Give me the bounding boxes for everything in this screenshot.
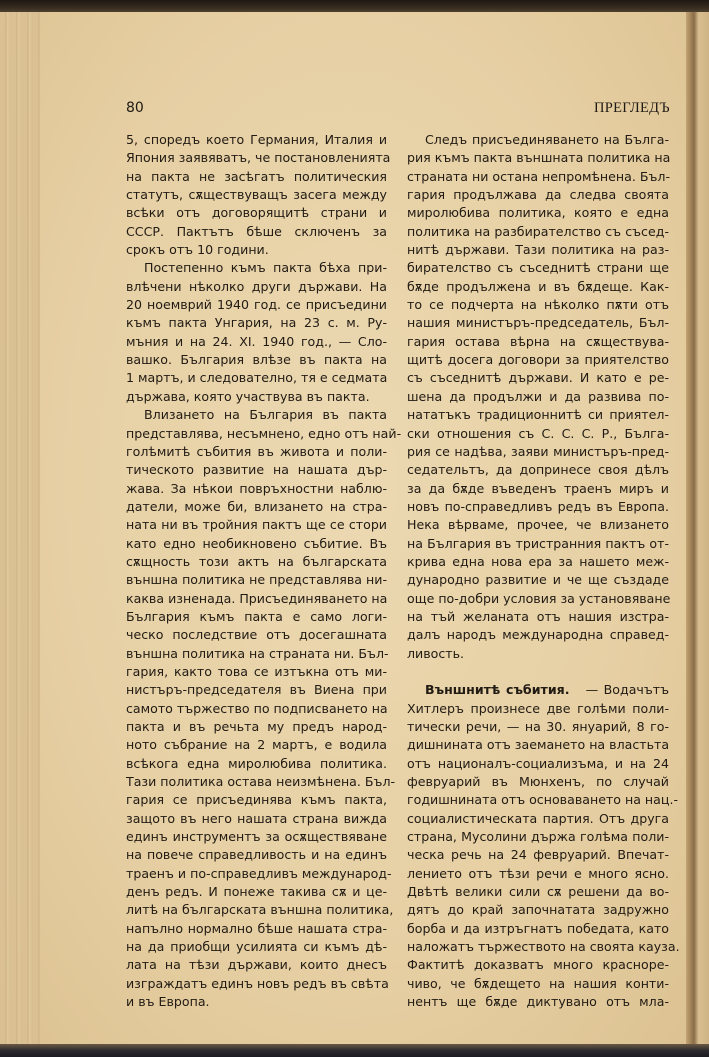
text-line: на да приобщи усилията си къмъ дѣ- <box>126 938 387 956</box>
text-line: и въ Европа. <box>126 993 387 1011</box>
paragraph-first-line: Влизането на България въ пакта <box>126 406 387 424</box>
text-line: дятъ до край започнатата задружно <box>407 901 669 919</box>
text-line: жава. За нѣкои повръхностни наблю- <box>126 480 387 498</box>
text-line: самото тържество по подписването на <box>126 700 387 718</box>
text-line: външна политика не представлява ни- <box>126 571 387 589</box>
section-spacer <box>407 663 669 681</box>
text-line: защото въ него нашата страна вижда <box>126 810 387 828</box>
text-line: бирателство съ съседнитѣ страни ще <box>407 259 669 277</box>
text-line: ческо последствие отъ досегашната <box>126 626 387 644</box>
text-line: нентъ ще бѫде диктувано отъ мла- <box>407 993 669 1011</box>
text-line: срокъ отъ 10 години. <box>126 241 387 259</box>
text-line: Хитлеръ произнесе две голѣми поли- <box>407 700 669 718</box>
text-line: нашия министъръ-председатель, Бъл- <box>407 314 669 332</box>
text-line: за да бѫде въведенъ траенъ миръ и <box>407 480 669 498</box>
text-line: вашко. България влѣзе въ пакта на <box>126 351 387 369</box>
text-line: напълно нормално бѣше нашата стра- <box>126 920 387 938</box>
text-line: гария се присъединява къмъ пакта, <box>126 791 387 809</box>
text-line: Двѣтѣ велики сили сѫ решени да во- <box>407 883 669 901</box>
text-line: сѫщность този актъ на българската <box>126 553 387 571</box>
section-dash: — <box>586 682 604 697</box>
text-line: ски отношения съ С. С. С. Р., Бълга- <box>407 425 669 443</box>
text-line: влѣчени нѣколко други държави. На <box>126 278 387 296</box>
text-line: денъ редъ. И понеже такива сѫ и це- <box>126 883 387 901</box>
text-line: Япония заявяватъ, че постановленията <box>126 149 387 167</box>
text-line: шена да продължи и да развива по- <box>407 388 669 406</box>
text-line: тическото развитие на нашата дър- <box>126 461 387 479</box>
text-line: единъ инструментъ за осѫществяване <box>126 828 387 846</box>
paragraph-first-line: Постепенно къмъ пакта бѣха при- <box>126 259 387 277</box>
text-line: на тъй желаната отъ нашия изстра- <box>407 608 669 626</box>
text-line: дишнината отъ заемането на властьта <box>407 736 669 754</box>
book-bottom-binding <box>0 1044 709 1057</box>
text-line: страната ни остана непромѣнена. Бъл- <box>407 168 669 186</box>
text-line: гария остава вѣрна на сѫществува- <box>407 333 669 351</box>
text-line: 20 ноемврий 1940 год. се присъедини <box>126 296 387 314</box>
text-line: новъ по-справедливъ редъ въ Европа. <box>407 498 669 516</box>
text-line: България къмъ пакта е само логи- <box>126 608 387 626</box>
left-text-column: 5, споредъ което Германия, Италия и Япон… <box>126 131 387 1012</box>
text-line: то се подчерта на нѣколко пѫти отъ <box>407 296 669 314</box>
text-line: далъ народъ международна справед- <box>407 626 669 644</box>
text-line: 1 мартъ, и следователно, тя е седмата <box>126 369 387 387</box>
text-line: на пакта не засѣгатъ политическия <box>126 168 387 186</box>
text-line: на България въ тристранния пактъ от- <box>407 535 669 553</box>
text-line: СССР. Пактътъ бѣше сключенъ за <box>126 223 387 241</box>
text-line: страна, Мусолини държа голѣма поли- <box>407 828 669 846</box>
text-line: статутъ, сѫществуващъ засега между <box>126 186 387 204</box>
text-line: нистъръ-председателя въ Виена при <box>126 681 387 699</box>
text-line: наложатъ тържеството на своята кауза. <box>407 938 669 956</box>
text-line: къмъ пакта Унгария, на 23 с. м. Ру- <box>126 314 387 332</box>
text-line: Нека вѣрваме, прочее, че влизането <box>407 516 669 534</box>
text-line: траенъ и по-справедливъ международ- <box>126 865 387 883</box>
text-line: нататъкъ традиционнитѣ си приятел- <box>407 406 669 424</box>
running-header-title: ПРЕГЛЕДЪ <box>594 100 670 117</box>
text-line: бѫде продължена и въ бѫдеще. Как- <box>407 278 669 296</box>
text-line: годишнината отъ основаването на нац.- <box>407 791 669 809</box>
text-line: литѣ на българската външна политика, <box>126 901 387 919</box>
text-line: борба и да изтръгнатъ победата, като <box>407 920 669 938</box>
text-line: всѣкога една миролюбива политика. <box>126 755 387 773</box>
paragraph-first-line: Следъ присъединяването на Бълга- <box>407 131 669 149</box>
text-line: ната ни въ тройния пактъ ще се стори <box>126 516 387 534</box>
text-line: представлява, несъмнено, едно отъ най- <box>126 425 387 443</box>
text-line: рия се надѣва, заяви министъръ-пред- <box>407 443 669 461</box>
text-line: голѣмитѣ събития въ живота и поли- <box>126 443 387 461</box>
text-line: тически речи, — на 30. януарий, 8 го- <box>407 718 669 736</box>
text-line: изграждатъ единъ новъ редъ въ свѣта <box>126 975 387 993</box>
section-heading-line: Външнитѣ събития. — Водачътъ <box>407 681 669 699</box>
text-line: държава, която участвува въ пакта. <box>126 388 387 406</box>
text-line: политика на разбирателство съ съсед- <box>407 223 669 241</box>
text-line: 5, споредъ което Германия, Италия и <box>126 131 387 149</box>
page-edge-stack <box>0 12 40 1046</box>
text-line: нитѣ държави. Тази политика на раз- <box>407 241 669 259</box>
book-gutter <box>686 12 709 1046</box>
text-line: февруарий въ Мюнхенъ, по случай <box>407 773 669 791</box>
text-line: крива една нова ера за нашето меж- <box>407 553 669 571</box>
text-line: датели, може би, влизането на стра- <box>126 498 387 516</box>
text-line: всѣки отъ договорящитѣ страни и <box>126 204 387 222</box>
text-line: ческа речь на 24 февруарий. Впечат- <box>407 846 669 864</box>
text-line: мъния и на 24. XI. 1940 год., — Сло- <box>126 333 387 351</box>
text-line: ливость. <box>407 645 669 663</box>
right-text-column: Следъ присъединяването на Бълга- рия към… <box>407 131 669 1012</box>
text-line: чиво, че бѫдещето на нашия конти- <box>407 975 669 993</box>
text-line: още по-добри условия за установяване <box>407 590 669 608</box>
text-line: Фактитѣ доказватъ много красноре- <box>407 956 669 974</box>
text-line: рия къмъ пакта външната политика на <box>407 149 669 167</box>
text-line: съ съседнитѣ държави. И като е ре- <box>407 369 669 387</box>
text-line: лата на тѣзи държави, които днесъ <box>126 956 387 974</box>
section-heading: Външнитѣ събития. <box>425 682 570 697</box>
section-first-line-text: Водачътъ <box>604 682 669 697</box>
text-line: външна политика на страната ни. Бъл- <box>126 645 387 663</box>
text-line: пакта и въ речьта му предъ народ- <box>126 718 387 736</box>
text-line: гария продължава да следва своята <box>407 186 669 204</box>
text-line: отъ националъ-социализъма, и на 24 <box>407 755 669 773</box>
text-line: щитѣ досега договори за приятелство <box>407 351 669 369</box>
text-line: дународно развитие и че ще създаде <box>407 571 669 589</box>
text-line: като едно необикновено събитие. Въ <box>126 535 387 553</box>
text-line: Тази политика остава неизмѣнена. Бъл- <box>126 773 387 791</box>
page-number: 80 <box>126 100 144 116</box>
text-line: каква изненада. Присъединяването на <box>126 590 387 608</box>
text-line: лението отъ тѣзи речи е много ясно. <box>407 865 669 883</box>
text-line: социалистическата партия. Отъ друга <box>407 810 669 828</box>
text-line: гария, както това се изтъкна отъ ми- <box>126 663 387 681</box>
text-line: ното събрание на 2 мартъ, е водила <box>126 736 387 754</box>
text-line: седательтъ, да допринесе своя дѣлъ <box>407 461 669 479</box>
text-line: на повече справедливость и на единъ <box>126 846 387 864</box>
text-line: миролюбива политика, която е една <box>407 204 669 222</box>
